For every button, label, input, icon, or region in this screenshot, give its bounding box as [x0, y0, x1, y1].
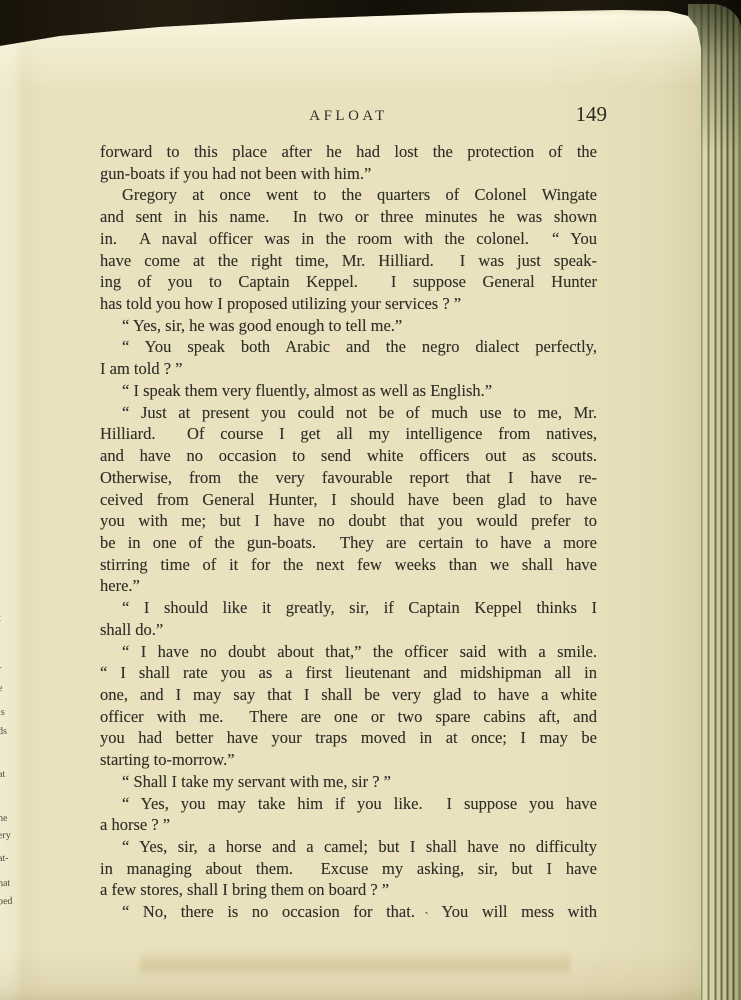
text-line: “ Shall I take my servant with me, sir ?… [100, 771, 597, 793]
text-line: “ Yes, sir, he was good enough to tell m… [100, 315, 597, 337]
text-line: and sent in his name. In two or three mi… [100, 206, 597, 228]
body-text-block: forward to this place after he had lost … [100, 141, 597, 923]
text-line: be in one of the gun-boats. They are cer… [100, 532, 597, 554]
book-page: AFLOAT 149 forward to this place after h… [0, 0, 701, 1000]
text-line: a horse ? ” [100, 814, 597, 836]
text-line: you with me; but I have no doubt that yo… [100, 510, 597, 532]
text-line: I am told ? ” [100, 358, 597, 380]
text-line: Gregory at once went to the quarters of … [100, 184, 597, 206]
text-line: starting to-morrow.” [100, 749, 597, 771]
page-header: AFLOAT 149 [100, 104, 597, 128]
text-line: “ Just at present you could not be of mu… [100, 402, 597, 424]
text-line: “ I speak them very fluently, almost as … [100, 380, 597, 402]
text-line: and have no occasion to send white offic… [100, 445, 597, 467]
text-line: “ Yes, sir, a horse and a camel; but I s… [100, 836, 597, 858]
text-line: in managing about them. Excuse my asking… [100, 858, 597, 880]
text-line: you had better have your traps moved in … [100, 727, 597, 749]
text-line: one, and I may say that I shall be very … [100, 684, 597, 706]
text-line: a few stores, shall I bring them on boar… [100, 879, 597, 901]
text-line: shall do.” [100, 619, 597, 641]
text-line: ceived from General Hunter, I should hav… [100, 489, 597, 511]
running-title: AFLOAT [100, 104, 597, 128]
text-line: “ No, there is no occasion for that. You… [100, 901, 597, 923]
page-number: 149 [576, 102, 608, 126]
text-line: “ I shall rate you as a first lieutenant… [100, 662, 597, 684]
text-line: forward to this place after he had lost … [100, 141, 597, 163]
text-line: have come at the right time, Mr. Hilliar… [100, 250, 597, 272]
text-line: stirring time of it for the next few wee… [100, 554, 597, 576]
text-line: has told you how I proposed utilizing yo… [100, 293, 597, 315]
text-line: gun-boats if you had not been with him.” [100, 163, 597, 185]
text-line: ing of you to Captain Keppel. I suppose … [100, 271, 597, 293]
paper-shading [140, 950, 570, 978]
text-line: in. A naval officer was in the room with… [100, 228, 597, 250]
book-scan: AFLOAT 149 forward to this place after h… [0, 0, 741, 1000]
text-line: Hilliard. Of course I get all my intelli… [100, 423, 597, 445]
text-line: Otherwise, from the very favourable repo… [100, 467, 597, 489]
text-line: here.” [100, 575, 597, 597]
text-line: “ I should like it greatly, sir, if Capt… [100, 597, 597, 619]
text-line: “ I have no doubt about that,” the offic… [100, 641, 597, 663]
text-line: “ You speak both Arabic and the negro di… [100, 336, 597, 358]
text-line: officer with me. There are one or two sp… [100, 706, 597, 728]
text-line: “ Yes, you may take him if you like. I s… [100, 793, 597, 815]
